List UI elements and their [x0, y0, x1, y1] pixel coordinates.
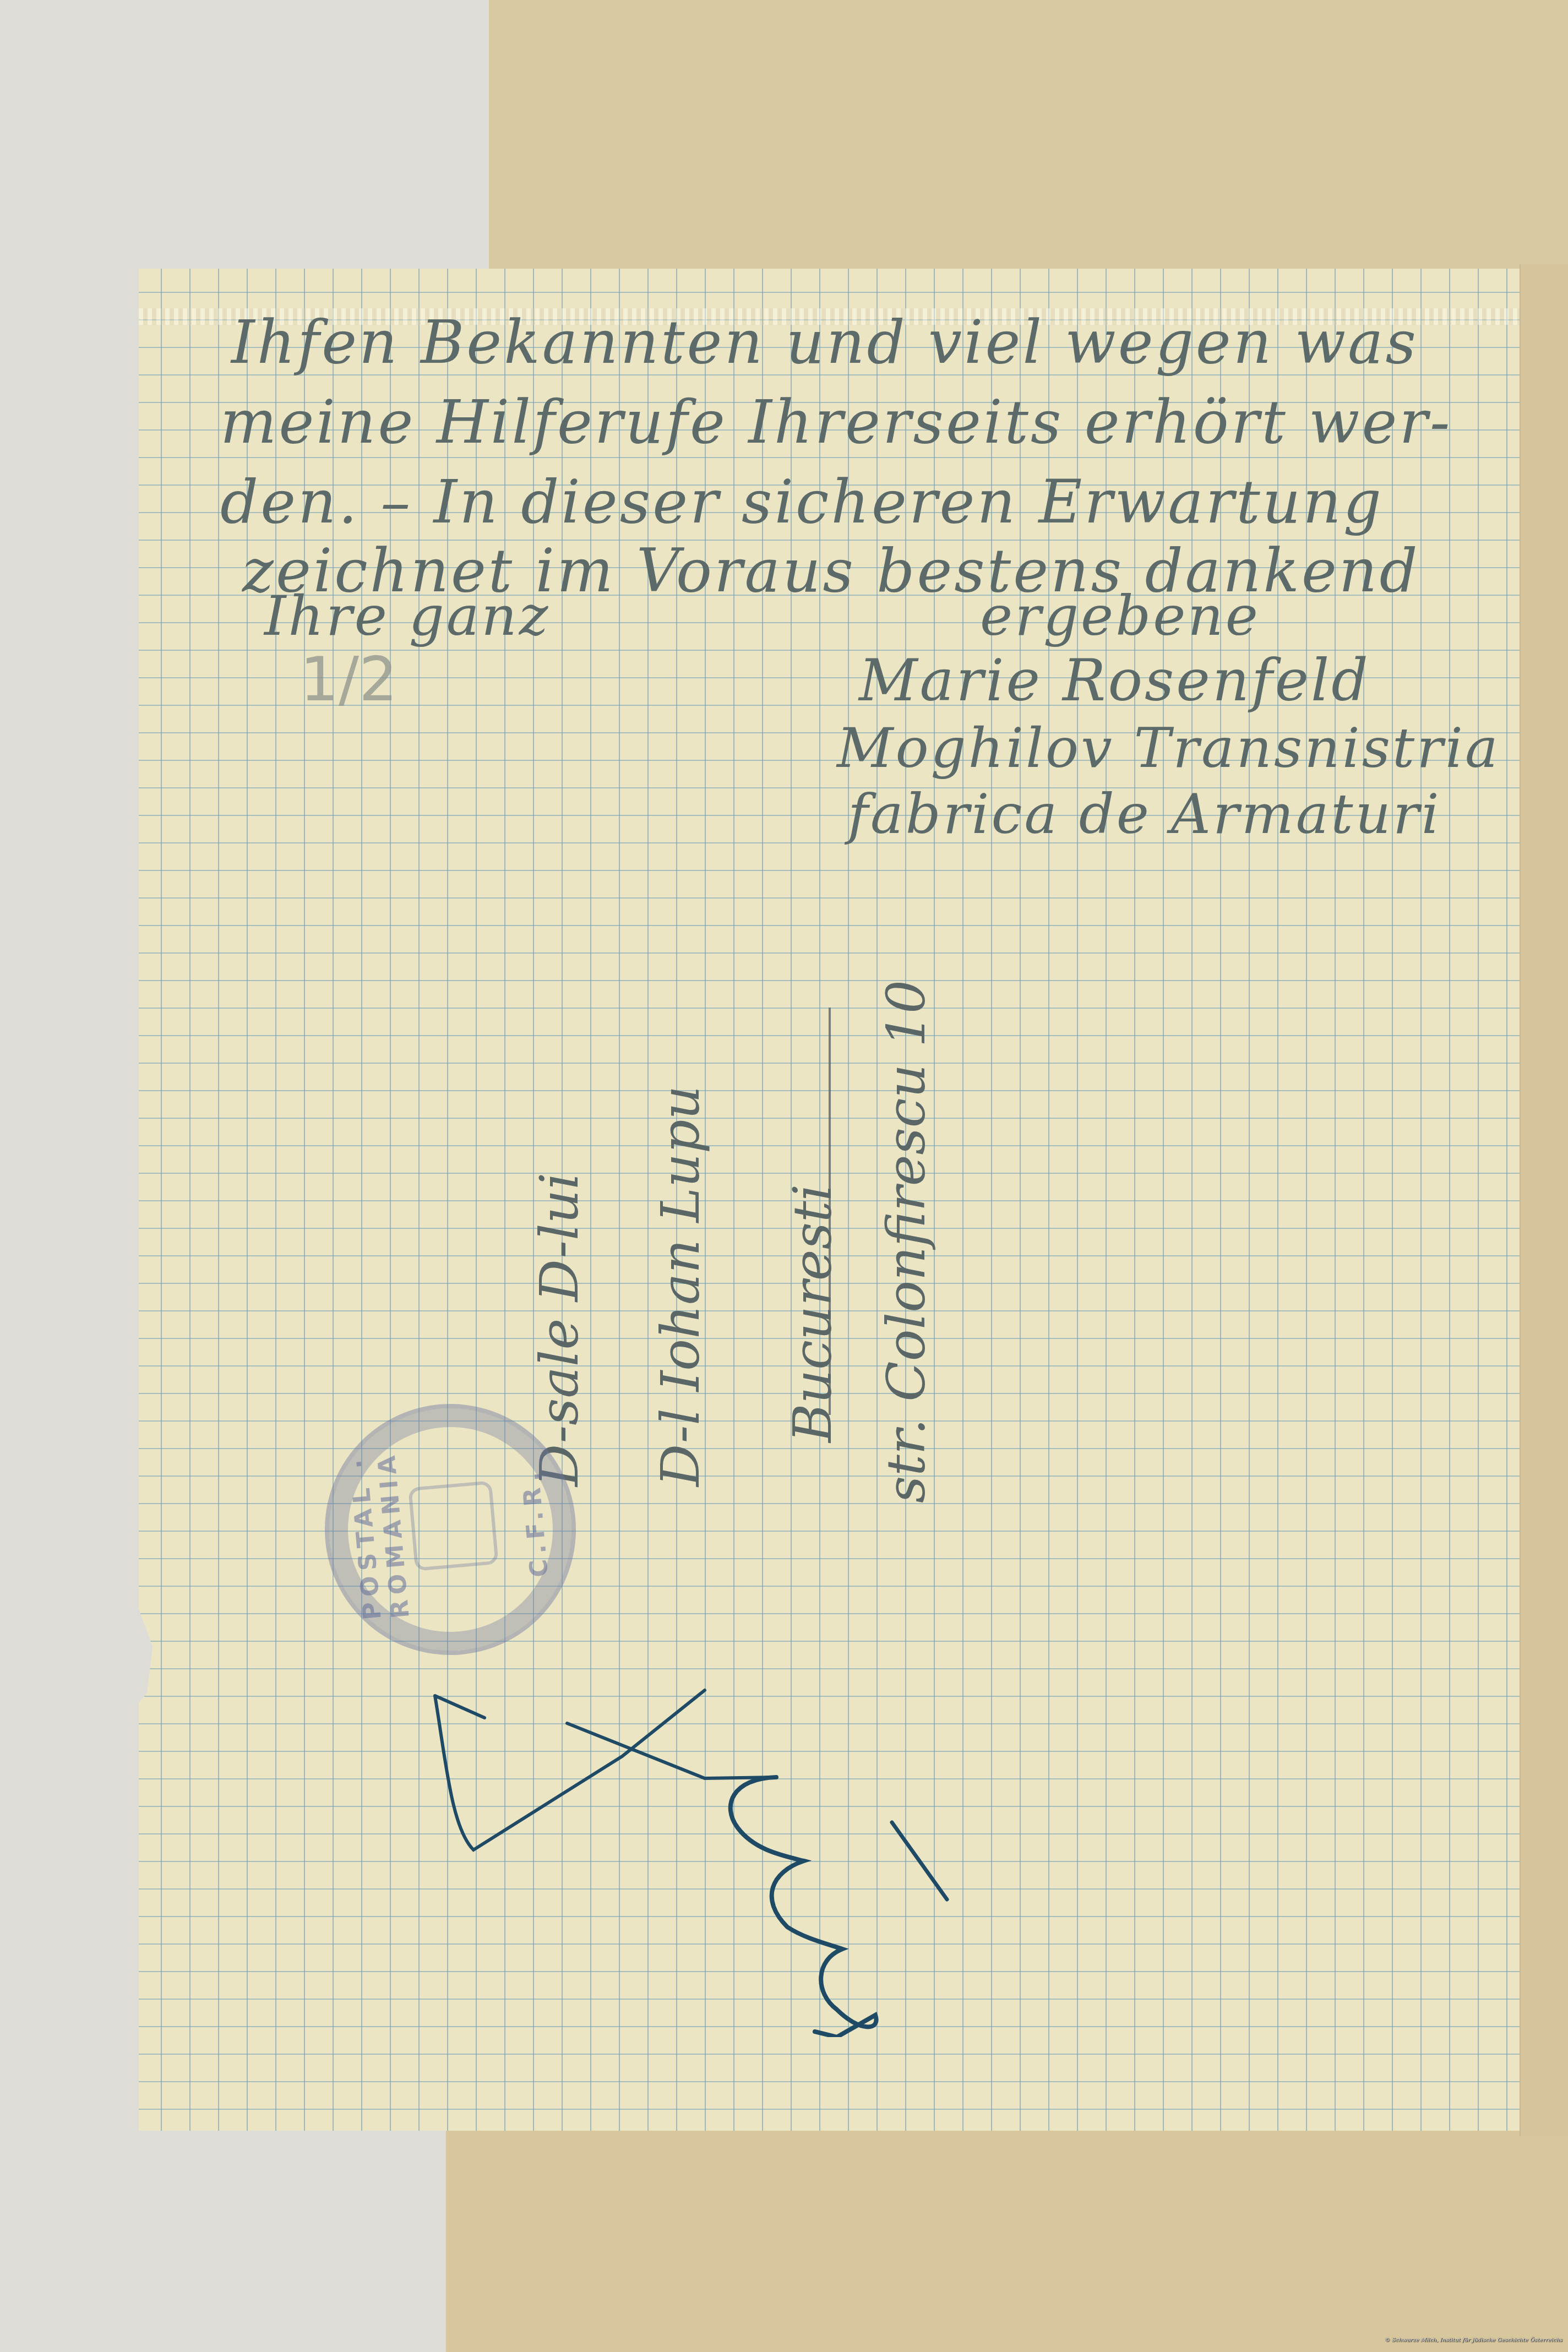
address-line-4: str. Colonfirescu 10	[875, 980, 937, 1503]
background-gray-lower	[0, 2131, 447, 2352]
background-tan-lower	[446, 2131, 1568, 2352]
closing-left: Ihre ganz	[264, 584, 550, 648]
closing-right: ergebene	[980, 584, 1260, 648]
address-underline	[829, 1008, 831, 1415]
address-line-2: D-l Iohan Lupu	[650, 1086, 711, 1487]
signature-workplace: fabrica de Armaturi	[848, 782, 1441, 846]
address-line-3: Bucuresti	[782, 1184, 843, 1442]
letter-line-1: Ihfen Bekannten und viel wegen was	[231, 308, 1418, 377]
copyright-notice: © Schwarze Milch, Institut für jüdische …	[1385, 2337, 1562, 2343]
right-paper-strip	[1520, 264, 1568, 2136]
letter-line-3: den. – In dieser sicheren Erwartung	[220, 468, 1384, 537]
stamp-emblem-icon	[408, 1480, 499, 1571]
signature-name: Marie Rosenfeld	[859, 647, 1370, 714]
letter-line-2: meine Hilferufe Ihrerseits erhört wer-	[220, 388, 1452, 457]
pencil-annotation: 1/2	[300, 644, 398, 715]
signature-location: Moghilov Transnistria	[837, 716, 1500, 780]
blue-ink-scribble-icon	[418, 1652, 1024, 2037]
